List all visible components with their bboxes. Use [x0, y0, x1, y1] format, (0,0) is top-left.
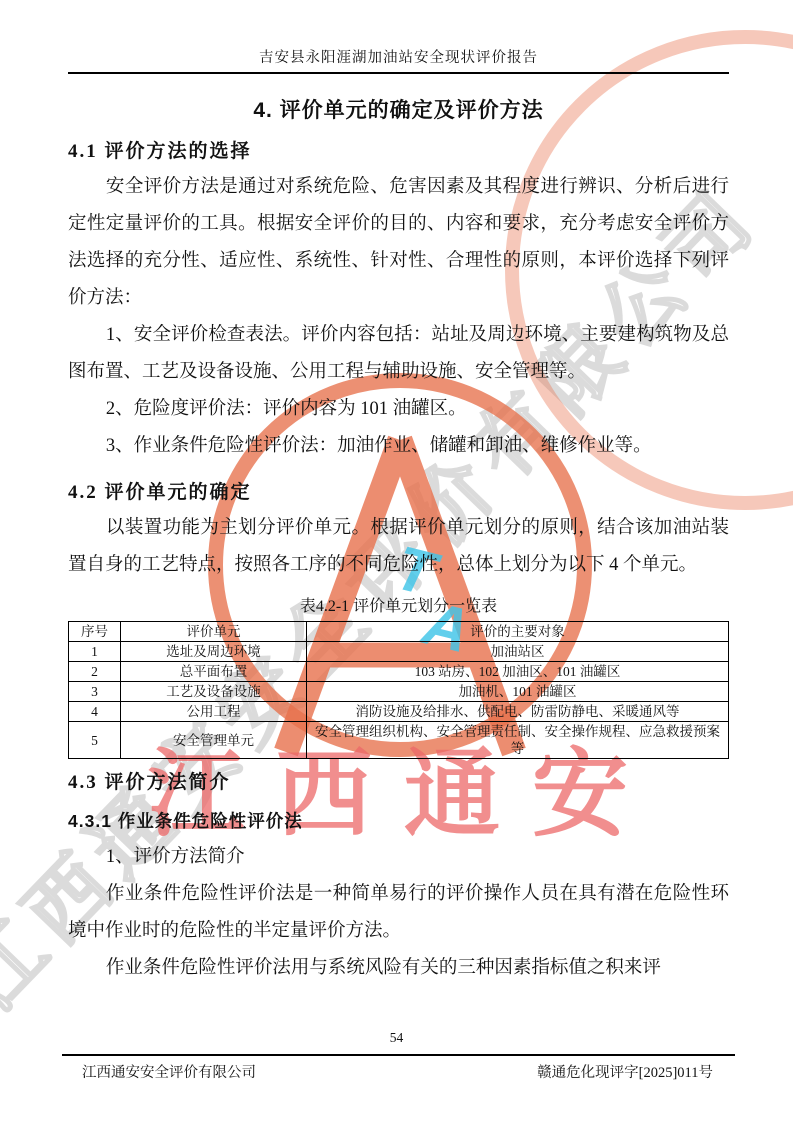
cell-object: 加油机、101 油罐区 — [307, 682, 729, 702]
section-4-3-1-heading: 4.3.1 作业条件危险性评价法 — [68, 808, 729, 833]
section-4-1-paragraph: 安全评价方法是通过对系统危险、危害因素及其程度进行辨识、分析后进行定性定量评价的… — [68, 169, 729, 317]
cell-object: 安全管理组织机构、安全管理责任制、安全操作规程、应急救援预案等 — [307, 722, 729, 759]
cell-index: 3 — [69, 682, 121, 702]
table-row: 5 安全管理单元 安全管理组织机构、安全管理责任制、安全操作规程、应急救援预案等 — [69, 722, 729, 759]
cell-unit: 总平面布置 — [121, 662, 307, 682]
col-header-index: 序号 — [69, 622, 121, 642]
table-header-row: 序号 评价单元 评价的主要对象 — [69, 622, 729, 642]
cell-index: 5 — [69, 722, 121, 759]
method-item-1: 1、安全评价检查表法。评价内容包括：站址及周边环境、主要建构筑物及总图布置、工艺… — [68, 317, 729, 391]
col-header-unit: 评价单元 — [121, 622, 307, 642]
table-row: 2 总平面布置 103 站房、102 加油区、101 油罐区 — [69, 662, 729, 682]
cell-index: 2 — [69, 662, 121, 682]
page-number: 54 — [0, 1030, 793, 1046]
cell-unit: 工艺及设备设施 — [121, 682, 307, 702]
report-header-title: 吉安县永阳涯湖加油站安全现状评价报告 — [68, 46, 729, 74]
footer-divider — [62, 1054, 735, 1056]
table-row: 4 公用工程 消防设施及给排水、供配电、防雷防静电、采暖通风等 — [69, 702, 729, 722]
cell-index: 4 — [69, 702, 121, 722]
method-item-3: 3、作业条件危险性评价法：加油作业、储罐和卸油、维修作业等。 — [68, 428, 729, 465]
cell-object: 消防设施及给排水、供配电、防雷防静电、采暖通风等 — [307, 702, 729, 722]
section-4-2-paragraph: 以装置功能为主划分评价单元。根据评价单元划分的原则，结合该加油站装置自身的工艺特… — [68, 510, 729, 584]
document-footer: 江西通安安全评价有限公司 赣通危化现评字[2025]011号 — [82, 1061, 713, 1082]
table-row: 3 工艺及设备设施 加油机、101 油罐区 — [69, 682, 729, 702]
cell-unit: 安全管理单元 — [121, 722, 307, 759]
method-item-2: 2、危险度评价法：评价内容为 101 油罐区。 — [68, 391, 729, 428]
document-page: 江西通安安全评价有限公司 T A 江西通安 吉安县永阳涯湖加油站安全现状评价报告… — [0, 0, 793, 1122]
subsection-intro-label: 1、评价方法简介 — [68, 839, 729, 876]
section-4-1-heading: 4.1 评价方法的选择 — [68, 136, 729, 163]
section-4-2-heading: 4.2 评价单元的确定 — [68, 477, 729, 504]
table-row: 1 选址及周边环境 加油站区 — [69, 642, 729, 662]
section-4-3-1-paragraph-1: 作业条件危险性评价法是一种简单易行的评价操作人员在具有潜在危险性环境中作业时的危… — [68, 876, 729, 950]
section-4-3-heading: 4.3 评价方法简介 — [68, 767, 729, 794]
cell-object: 加油站区 — [307, 642, 729, 662]
footer-document-number: 赣通危化现评字[2025]011号 — [537, 1061, 713, 1082]
chapter-title: 4. 评价单元的确定及评价方法 — [68, 94, 729, 124]
evaluation-units-table: 序号 评价单元 评价的主要对象 1 选址及周边环境 加油站区 2 总平面布置 1… — [68, 621, 729, 759]
cell-unit: 选址及周边环境 — [121, 642, 307, 662]
section-4-3-1-paragraph-2: 作业条件危险性评价法用与系统风险有关的三种因素指标值之积来评 — [68, 950, 729, 987]
document-content: 吉安县永阳涯湖加油站安全现状评价报告 4. 评价单元的确定及评价方法 4.1 评… — [0, 0, 793, 987]
cell-unit: 公用工程 — [121, 702, 307, 722]
col-header-object: 评价的主要对象 — [307, 622, 729, 642]
cell-object: 103 站房、102 加油区、101 油罐区 — [307, 662, 729, 682]
table-caption: 表4.2-1 评价单元划分一览表 — [68, 593, 729, 616]
footer-company-name: 江西通安安全评价有限公司 — [82, 1061, 256, 1082]
cell-index: 1 — [69, 642, 121, 662]
